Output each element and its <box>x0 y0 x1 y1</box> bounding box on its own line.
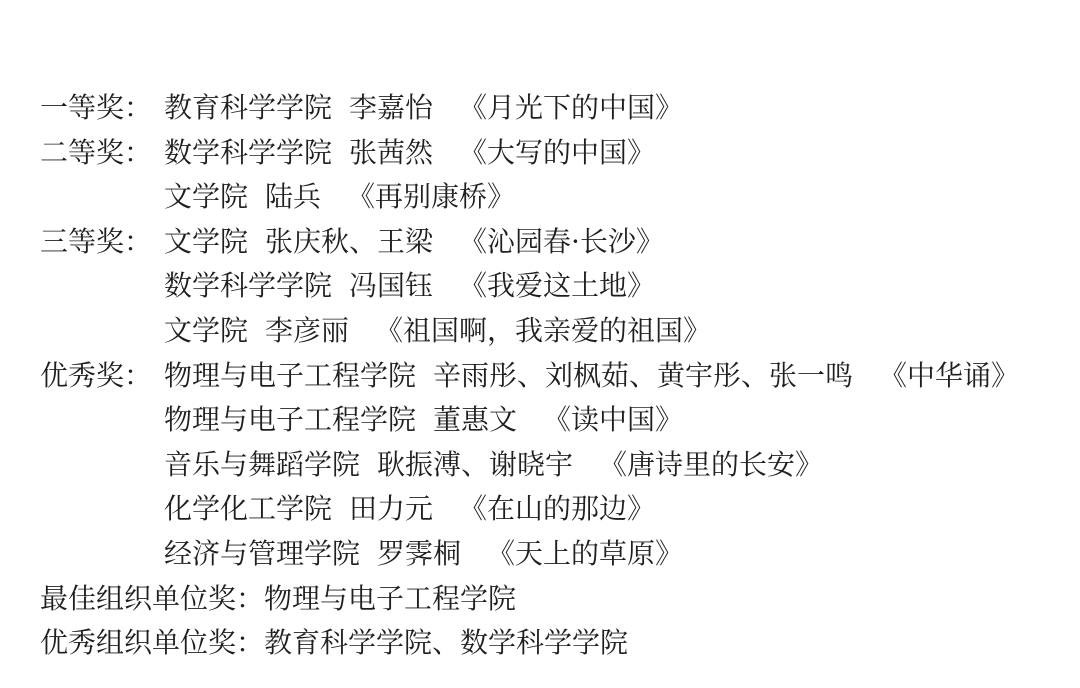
award-row: 化学化工学院田力元《在山的那边》 <box>40 487 1060 532</box>
award-row: 三等奖：文学院张庆秋、王梁《沁园春·长沙》 <box>40 220 1060 265</box>
winner-names: 冯国钰 <box>349 269 433 302</box>
winner-names: 张茜然 <box>349 136 433 169</box>
work-title: 《读中国》 <box>543 403 683 436</box>
award-row: 二等奖：数学科学学院张茜然《大写的中国》 <box>40 131 1060 176</box>
work-title: 《唐诗里的长安》 <box>599 448 823 481</box>
college-name: 文学院 <box>164 225 248 258</box>
college-name: 物理与电子工程学院 <box>164 359 416 392</box>
org-award-label: 优秀组织单位奖： <box>40 626 264 659</box>
award-rank-label: 一等奖： <box>40 86 164 131</box>
document-page: 一等奖：教育科学学院李嘉怡《月光下的中国》 二等奖：数学科学学院张茜然《大写的中… <box>0 0 1080 666</box>
work-title: 《再别康桥》 <box>347 180 515 213</box>
work-title: 《沁园春·长沙》 <box>459 225 664 258</box>
college-name: 教育科学学院 <box>164 91 332 124</box>
award-rank-label: 优秀奖： <box>40 354 164 399</box>
college-name: 物理与电子工程学院 <box>164 403 416 436</box>
winner-names: 陆兵 <box>265 180 321 213</box>
award-rank-label: 二等奖： <box>40 131 164 176</box>
winner-names: 李嘉怡 <box>349 91 433 124</box>
winner-names: 董惠文 <box>433 403 517 436</box>
org-award-row: 优秀组织单位奖：教育科学学院、数学科学学院 <box>40 621 1060 666</box>
college-name: 文学院 <box>164 180 248 213</box>
award-row: 优秀奖：物理与电子工程学院辛雨彤、刘枫茹、黄宇彤、张一鸣《中华诵》 <box>40 354 1060 399</box>
winner-names: 张庆秋、王梁 <box>265 225 433 258</box>
award-row: 物理与电子工程学院董惠文《读中国》 <box>40 398 1060 443</box>
award-row: 数学科学学院冯国钰《我爱这土地》 <box>40 264 1060 309</box>
winner-names: 罗霁桐 <box>377 537 461 570</box>
winner-names: 辛雨彤、刘枫茹、黄宇彤、张一鸣 <box>433 359 853 392</box>
award-row: 文学院李彦丽《祖国啊，我亲爱的祖国》 <box>40 309 1060 354</box>
winner-names: 田力元 <box>349 492 433 525</box>
college-name: 化学化工学院 <box>164 492 332 525</box>
org-award-college: 物理与电子工程学院 <box>264 582 516 615</box>
award-row: 文学院陆兵《再别康桥》 <box>40 175 1060 220</box>
college-name: 文学院 <box>164 314 248 347</box>
winner-names: 李彦丽 <box>265 314 349 347</box>
winner-names: 耿振溥、谢晓宇 <box>377 448 573 481</box>
award-row: 经济与管理学院罗霁桐《天上的草原》 <box>40 532 1060 577</box>
org-award-label: 最佳组织单位奖： <box>40 582 264 615</box>
org-award-college: 教育科学学院、数学科学学院 <box>264 626 628 659</box>
award-row: 音乐与舞蹈学院耿振溥、谢晓宇《唐诗里的长安》 <box>40 443 1060 488</box>
work-title: 《中华诵》 <box>879 359 1019 392</box>
work-title: 《月光下的中国》 <box>459 91 683 124</box>
work-title: 《在山的那边》 <box>459 492 655 525</box>
college-name: 数学科学学院 <box>164 269 332 302</box>
award-row: 一等奖：教育科学学院李嘉怡《月光下的中国》 <box>40 86 1060 131</box>
org-award-row: 最佳组织单位奖：物理与电子工程学院 <box>40 577 1060 622</box>
work-title: 《我爱这土地》 <box>459 269 655 302</box>
college-name: 经济与管理学院 <box>164 537 360 570</box>
college-name: 音乐与舞蹈学院 <box>164 448 360 481</box>
work-title: 《祖国啊，我亲爱的祖国》 <box>375 314 711 347</box>
award-rank-label: 三等奖： <box>40 220 164 265</box>
college-name: 数学科学学院 <box>164 136 332 169</box>
work-title: 《大写的中国》 <box>459 136 655 169</box>
work-title: 《天上的草原》 <box>487 537 683 570</box>
